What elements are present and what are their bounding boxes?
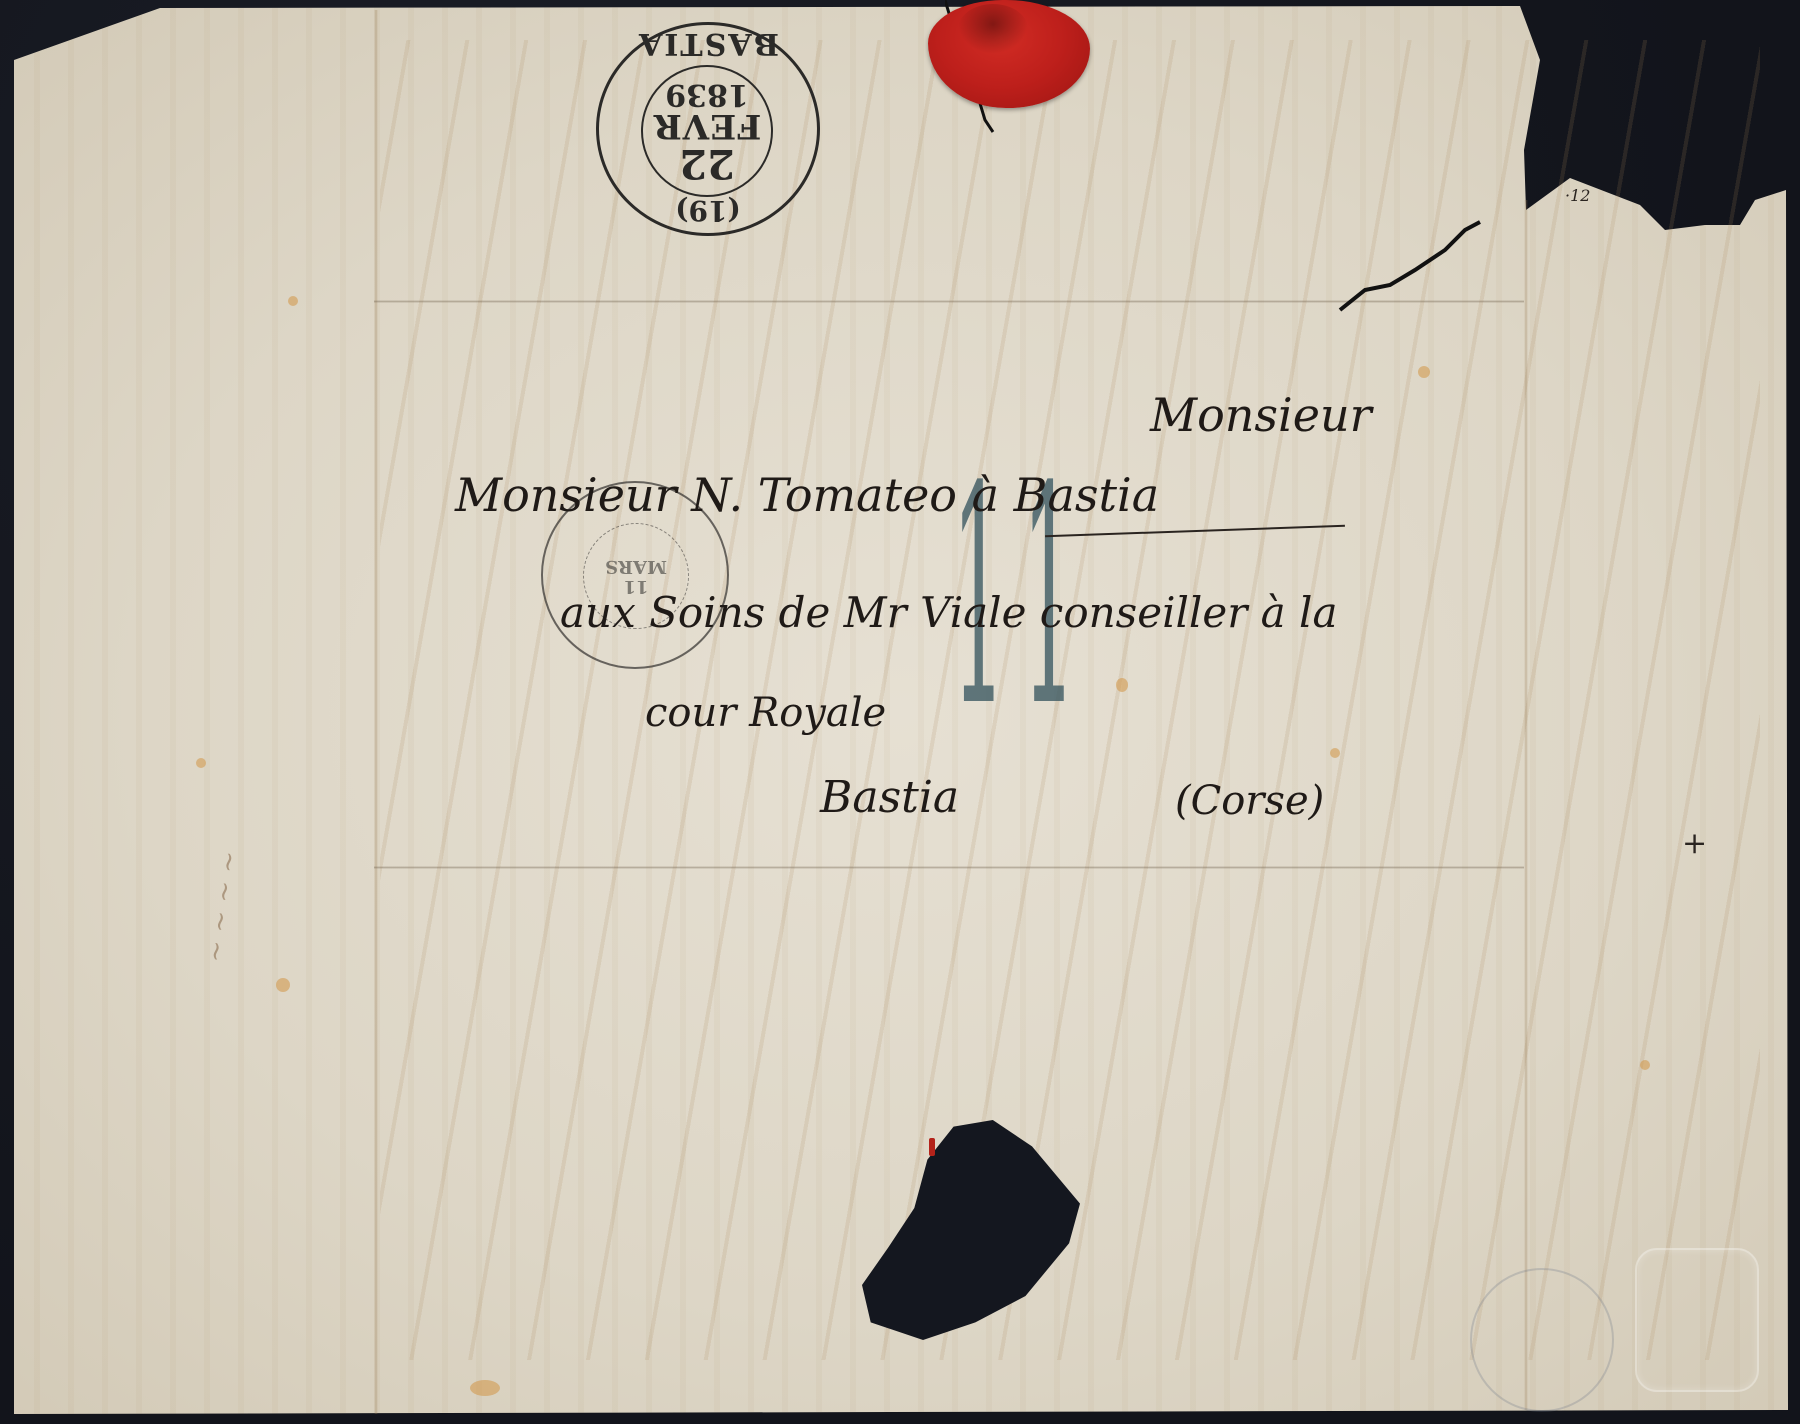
foxing-spot bbox=[1640, 1060, 1650, 1070]
postmark-day: 22 bbox=[679, 143, 735, 183]
fold-line-bottom bbox=[374, 866, 1524, 869]
blind-embossed-stamp bbox=[1635, 1248, 1759, 1392]
foxing-spot bbox=[1330, 748, 1340, 758]
postmark-month: FEVR bbox=[653, 109, 762, 143]
corner-note: ·12 bbox=[1565, 186, 1590, 205]
cross-mark: + bbox=[1682, 826, 1707, 861]
postmark-town: BASTIA bbox=[599, 26, 817, 61]
address-care-of: aux Soins de Mr Viale conseiller à la bbox=[560, 588, 1338, 637]
fold-line-right bbox=[1524, 200, 1528, 1410]
foxing-spot bbox=[196, 758, 206, 768]
transit-month: MARS bbox=[605, 556, 667, 576]
foxing-spot bbox=[470, 1380, 500, 1396]
fold-line-left bbox=[374, 10, 378, 1414]
postmark-bastia: (19) 22 FEVR 1839 BASTIA bbox=[596, 22, 820, 236]
postmark-year: 1839 bbox=[665, 79, 749, 109]
foxing-spot bbox=[276, 978, 290, 992]
wax-fragment bbox=[929, 1138, 935, 1156]
foxing-spot bbox=[1116, 678, 1128, 692]
address-court: cour Royale bbox=[645, 690, 886, 736]
seal-imprint bbox=[958, 4, 1028, 54]
foxing-spot bbox=[1418, 366, 1430, 378]
address-region: (Corse) bbox=[1175, 778, 1324, 824]
postmark-department: (19) bbox=[599, 194, 817, 227]
faint-ghost-postmark bbox=[1470, 1268, 1614, 1412]
address-city: Bastia bbox=[820, 772, 959, 823]
postmark-date-ring: 22 FEVR 1839 bbox=[641, 65, 773, 197]
address-salutation: Monsieur bbox=[1150, 388, 1372, 442]
foxing-spot bbox=[288, 296, 298, 306]
address-recipient: Monsieur N. Tomateo à Bastia bbox=[455, 468, 1159, 522]
